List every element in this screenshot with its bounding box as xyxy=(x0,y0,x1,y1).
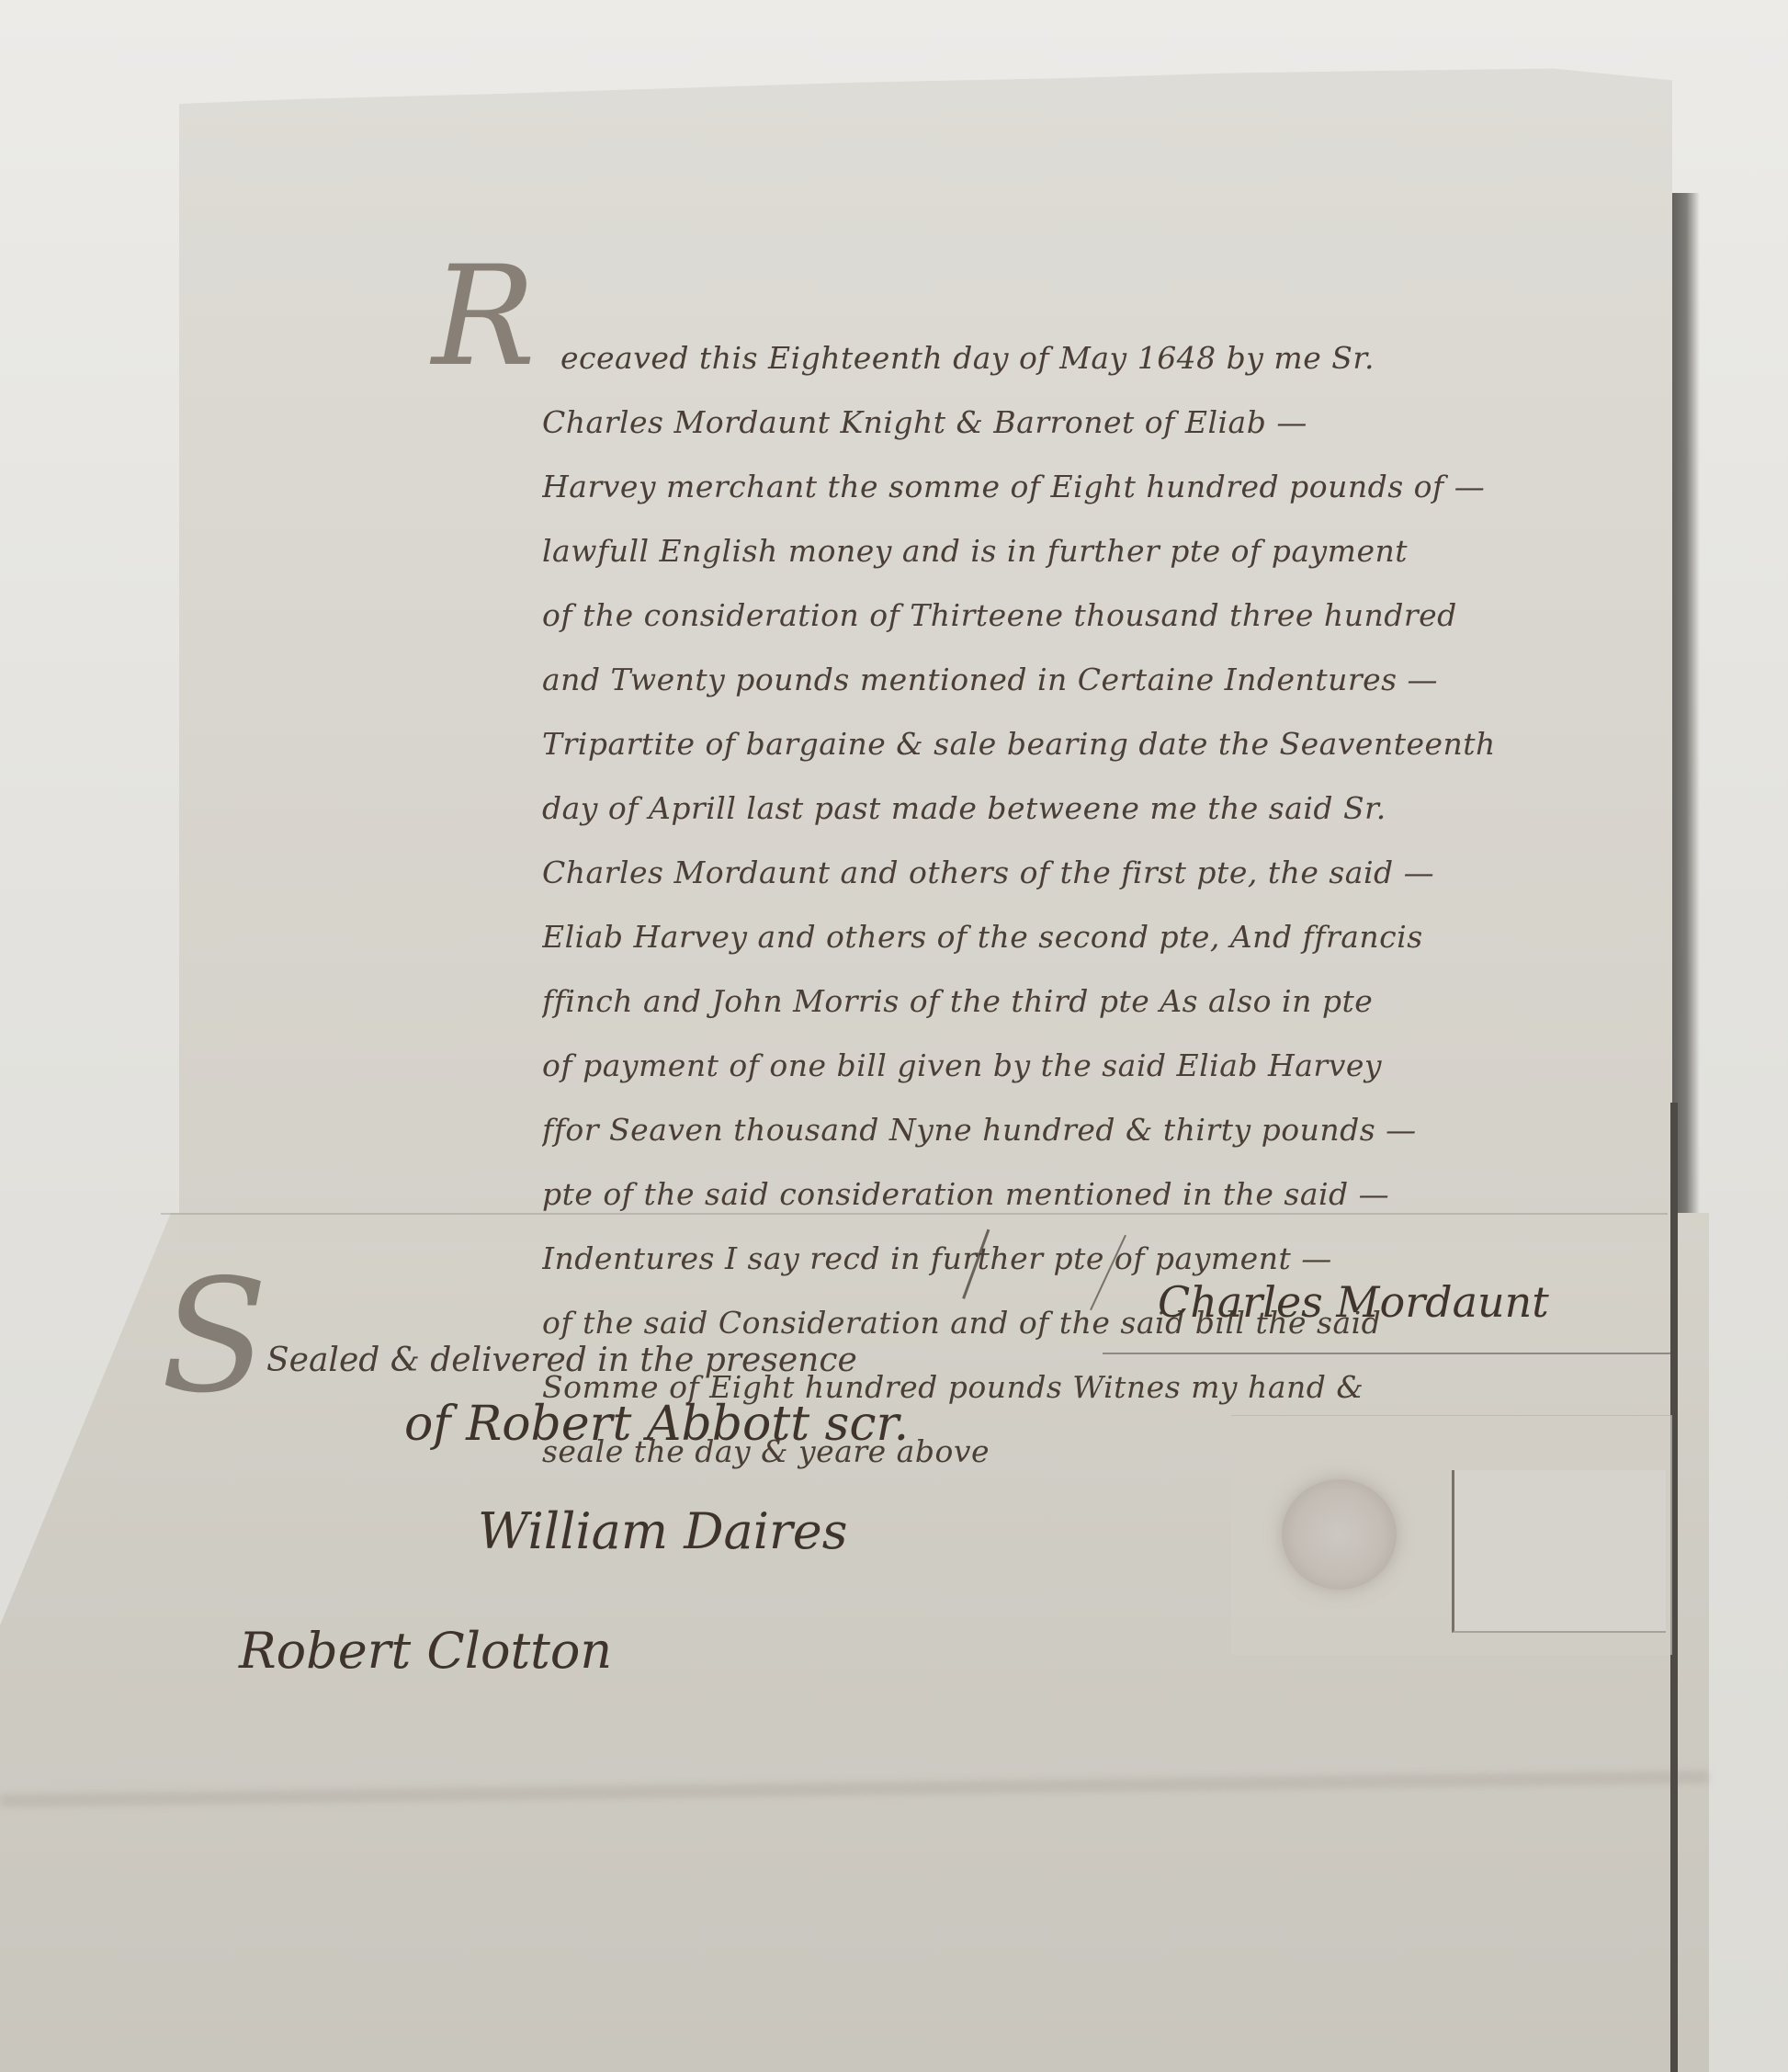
drop-cap-letter: R xyxy=(432,248,536,386)
witness-name: Robert Clotton xyxy=(239,1622,612,1680)
seal-paper-tab xyxy=(1452,1470,1666,1633)
body-line: of payment of one bill given by the said… xyxy=(542,1034,1672,1098)
witness-name: of Robert Abbott scr. xyxy=(404,1397,909,1452)
body-line: Charles Mordaunt Knight & Barronet of El… xyxy=(542,391,1672,455)
signature-flourish-underline xyxy=(1103,1351,1672,1354)
body-line: of the consideration of Thirteene thousa… xyxy=(542,583,1672,648)
wax-seal-icon xyxy=(1282,1479,1397,1590)
body-line: Charles Mordaunt and others of the first… xyxy=(542,841,1672,905)
body-line: Eliab Harvey and others of the second pt… xyxy=(542,905,1672,969)
witness-flourish-capital: S xyxy=(161,1259,267,1415)
body-line: ffor Seaven thousand Nyne hundred & thir… xyxy=(542,1098,1672,1162)
witness-heading: Sealed & delivered in the presence xyxy=(266,1342,857,1379)
body-line: pte of the said consideration mentioned … xyxy=(542,1162,1672,1227)
body-line: Harvey merchant the somme of Eight hundr… xyxy=(542,455,1672,519)
body-line: Tripartite of bargaine & sale bearing da… xyxy=(542,712,1672,776)
body-line: eceaved this Eighteenth day of May 1648 … xyxy=(542,326,1672,391)
body-line: and Twenty pounds mentioned in Certaine … xyxy=(542,648,1672,712)
signatory-signature: Charles Mordaunt xyxy=(1158,1277,1549,1327)
body-line: ffinch and John Morris of the third pte … xyxy=(542,969,1672,1034)
witness-name: William Daires xyxy=(478,1502,847,1560)
body-line: day of Aprill last past made betweene me… xyxy=(542,776,1672,841)
body-line: lawfull English money and is in further … xyxy=(542,519,1672,583)
